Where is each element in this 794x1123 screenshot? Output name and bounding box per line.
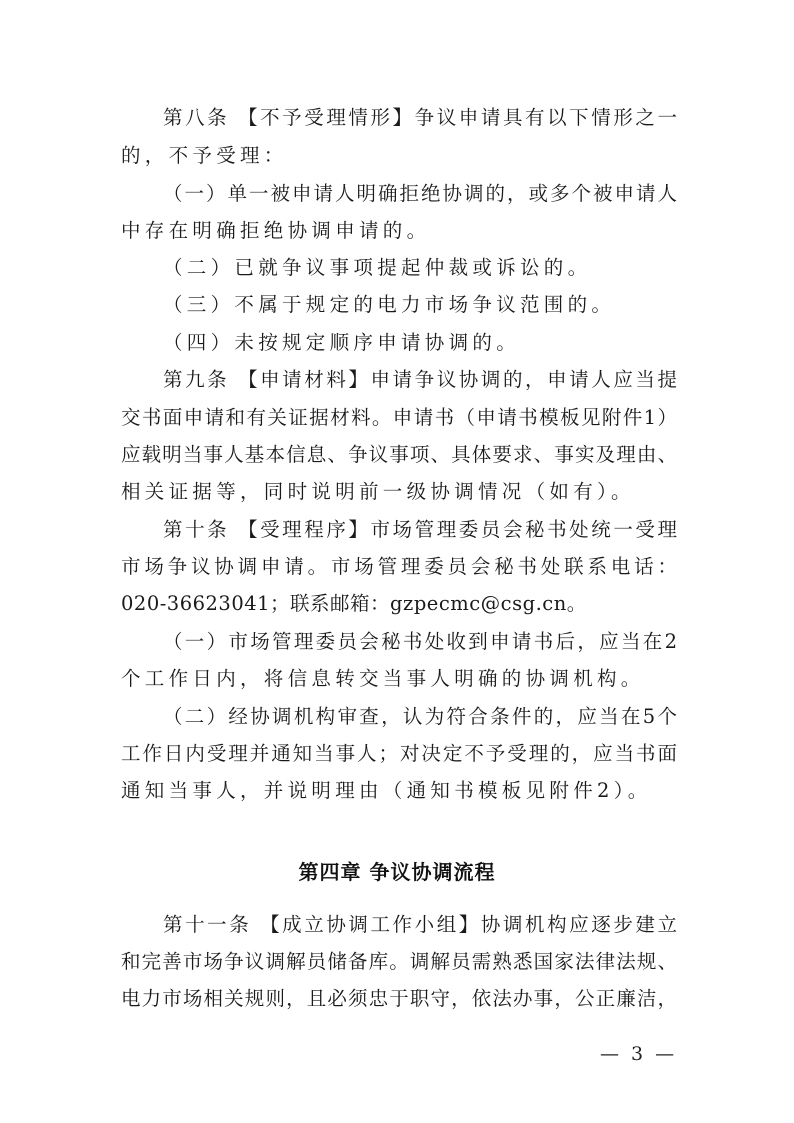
article-8-item-2: （二）已就争议事项提起仲裁或诉讼的。: [163, 255, 677, 281]
article-8-title-line: 第八条 【不予受理情形】争议申请具有以下情形之一: [163, 105, 677, 131]
article-9-line-4: 相关证据等，同时说明前一级协调情况（如有）。: [121, 479, 677, 505]
article-10-line-2: 市场争议协调申请。市场管理委员会秘书处联系电话：: [121, 554, 677, 580]
article-9-line-2: 交书面申请和有关证据材料。申请书（申请书模板见附件1）: [121, 405, 677, 431]
article-11-title-line: 第十一条 【成立协调工作小组】协调机构应逐步建立: [163, 912, 677, 938]
article-9-title-line: 第九条 【申请材料】申请争议协调的，申请人应当提: [163, 367, 677, 393]
article-8-line-2: 的，不予受理：: [121, 143, 677, 169]
article-8-item-4: （四）未按规定顺序申请协调的。: [163, 330, 677, 356]
article-8-item-1-cont: 中存在明确拒绝协调申请的。: [121, 218, 677, 244]
page-number: — 3 —: [600, 1043, 677, 1065]
chapter-heading: 第四章 争议协调流程: [0, 856, 794, 885]
article-10-item-1-cont: 个工作日内，将信息转交当事人明确的协调机构。: [121, 666, 677, 692]
article-10-item-2-end: 通知当事人，并说明理由（通知书模板见附件2）。: [121, 778, 677, 804]
article-9-line-3: 应载明当事人基本信息、争议事项、具体要求、事实及理由、: [121, 442, 677, 468]
article-8-item-1: （一）单一被申请人明确拒绝协调的，或多个被申请人: [163, 181, 677, 207]
article-11-line-3: 电力市场相关规则，且必须忠于职守，依法办事，公正廉洁，: [121, 986, 677, 1012]
article-10-item-1: （一）市场管理委员会秘书处收到申请书后，应当在2: [163, 629, 677, 655]
article-11-line-2: 和完善市场争议调解员储备库。调解员需熟悉国家法律法规、: [121, 949, 677, 975]
article-10-item-2-cont: 工作日内受理并通知当事人；对决定不予受理的，应当书面: [121, 741, 677, 767]
article-10-item-2: （二）经协调机构审查，认为符合条件的，应当在5个: [163, 704, 677, 730]
article-8-item-3: （三）不属于规定的电力市场争议范围的。: [163, 292, 677, 318]
article-10-contact-line: 020-36623041；联系邮箱：gzpecmc@csg.cn。: [121, 591, 677, 617]
article-10-title-line: 第十条 【受理程序】市场管理委员会秘书处统一受理: [163, 517, 677, 543]
